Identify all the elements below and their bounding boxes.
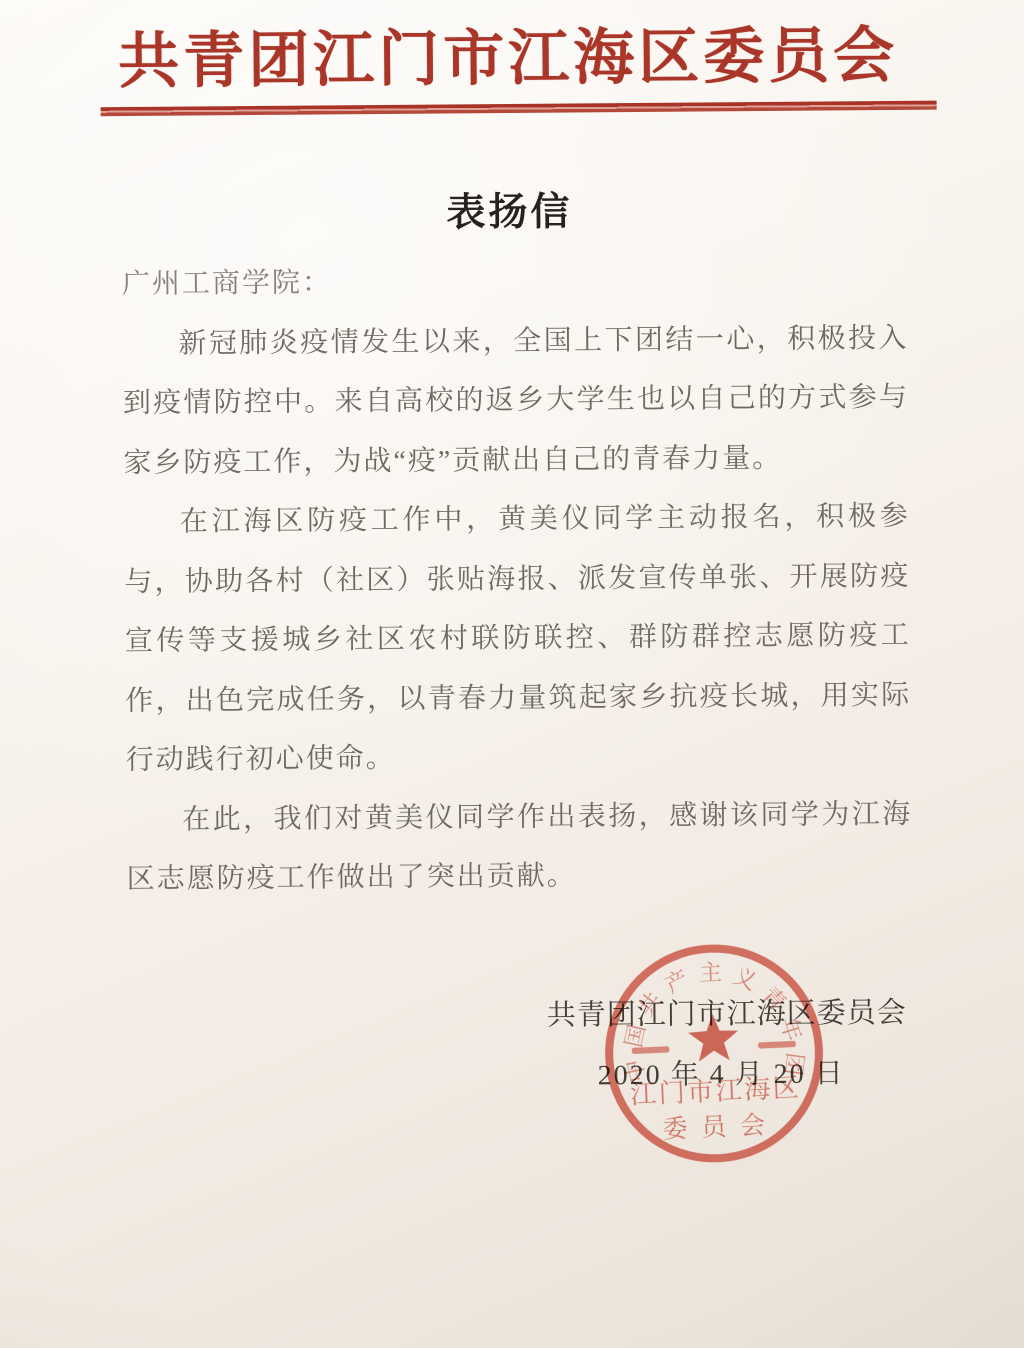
signature-org: 共青团江门市江海区委员会 — [547, 990, 895, 1034]
letter-paper: 共青团江门市江海区委员会 表扬信 广州工商学院： 新冠肺炎疫情发生以来，全国上下… — [0, 0, 1024, 1348]
paragraph: 新冠肺炎疫情发生以来，全国上下团结一心，积极投入到疫情防控中。来自高校的返乡大学… — [122, 308, 909, 493]
sign-off-block: 共青团江门市江海区委员会 2020 年 4 月 20 日 — [547, 990, 896, 1094]
seal-committee-text: 委员会 — [662, 1111, 779, 1144]
letter-date: 2020 年 4 月 20 日 — [547, 1051, 895, 1094]
letter-photo: 共青团江门市江海区委员会 表扬信 广州工商学院： 新冠肺炎疫情发生以来，全国上下… — [0, 0, 1024, 1348]
letterhead-rule — [101, 101, 937, 117]
letter-body: 广州工商学院： 新冠肺炎疫情发生以来，全国上下团结一心，积极投入到疫情防控中。来… — [122, 249, 913, 910]
salutation: 广州工商学院： — [122, 249, 908, 315]
paragraph: 在此，我们对黄美仪同学作出表扬，感谢该同学为江海区志愿防疫工作做出了突出贡献。 — [126, 784, 913, 909]
svg-text:主: 主 — [699, 960, 723, 986]
paragraph: 在江海区防疫工作中，黄美仪同学主动报名，积极参与，协助各村（社区）张贴海报、派发… — [124, 487, 912, 791]
letterhead-org: 共青团江门市江海区委员会 — [0, 24, 1020, 96]
letter-title: 表扬信 — [0, 177, 1022, 241]
